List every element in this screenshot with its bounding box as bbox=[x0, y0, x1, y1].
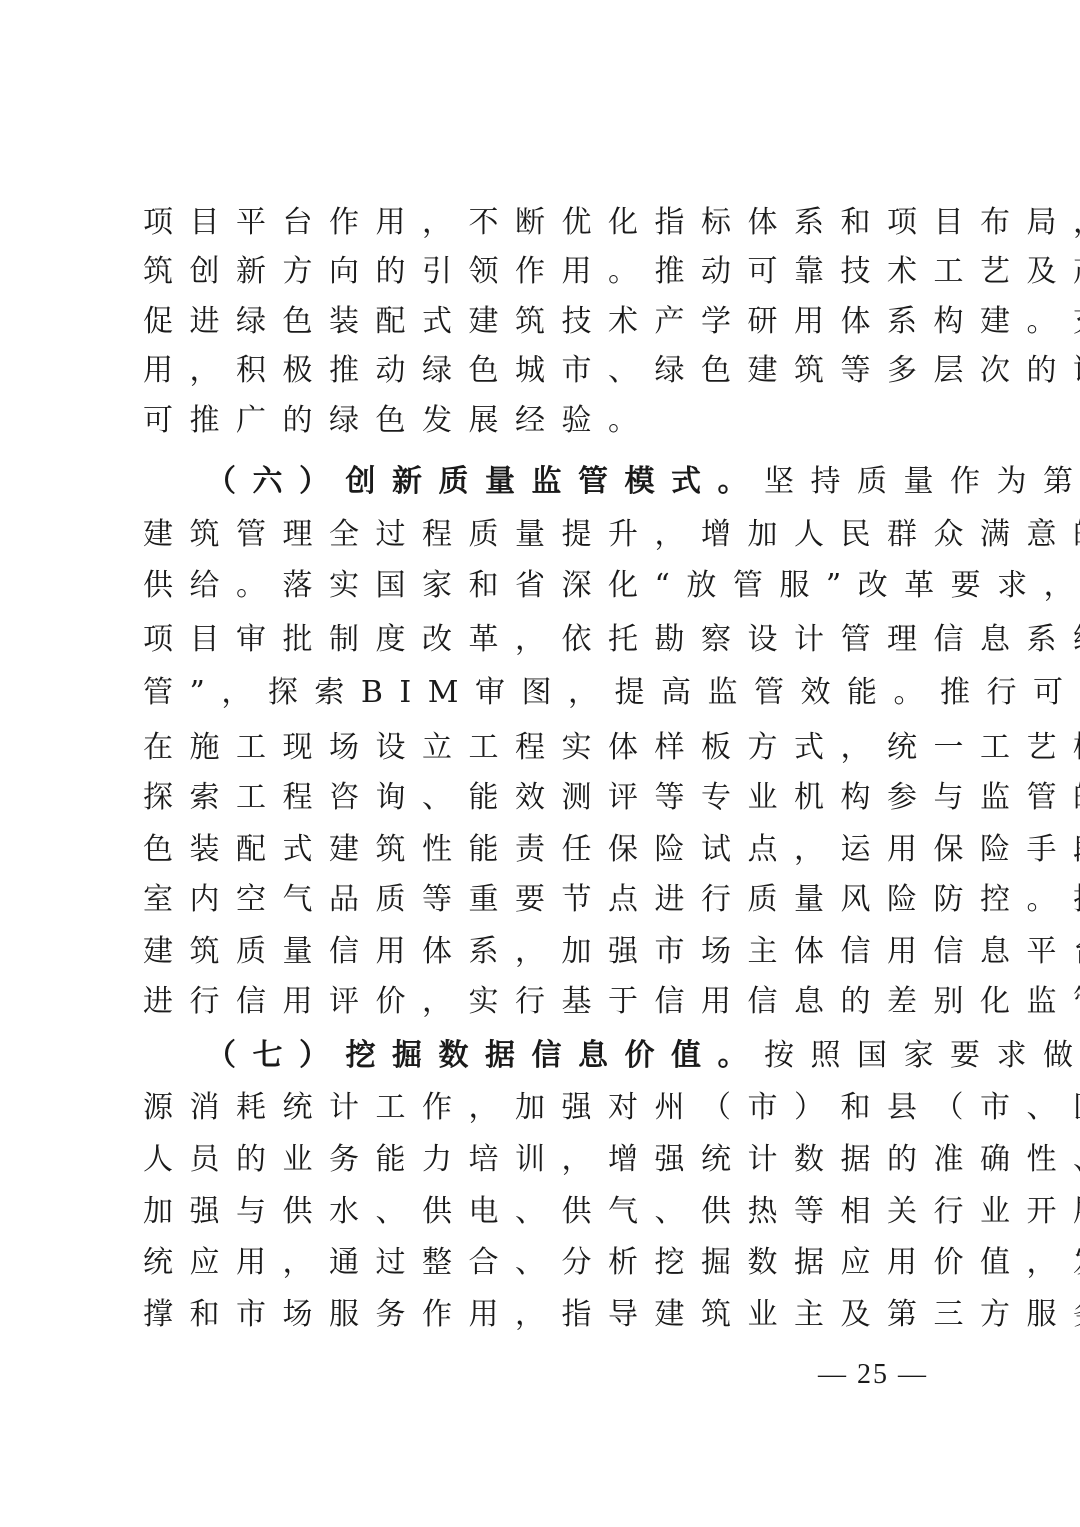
text-line: 促进绿色装配式建筑技术产学研用体系构建。充分发挥示范引领作 bbox=[143, 302, 953, 342]
section-7-text: 按照国家要求做好民用建筑能源资 bbox=[764, 1038, 1080, 1073]
text-line: 建筑质量信用体系，加强市场主体信用信息平台建设，对市场主体 bbox=[143, 932, 953, 972]
text-line: 供给。落实国家和省深化“放管服”改革要求，深入推进工程建设 bbox=[143, 566, 953, 606]
text-line: 室内空气品质等重要节点进行质量风险防控。推动建立绿色装配式 bbox=[143, 880, 953, 920]
text-line: 筑创新方向的引领作用。推动可靠技术工艺及产品设备的集成应用， bbox=[143, 252, 953, 292]
text-line: 用，积极推动绿色城市、绿色建筑等多层次的试点，形成可复制、 bbox=[143, 351, 953, 391]
text-line: 在施工现场设立工程实体样板方式，统一工艺标准，规范施工行为。 bbox=[143, 728, 953, 768]
section-6-heading: （六）创新质量监管模式。 bbox=[206, 464, 764, 499]
document-page: 项目平台作用，不断优化指标体系和项目布局，充分发挥对绿色建 筑创新方向的引领作用… bbox=[0, 0, 1080, 1527]
text-line: 探索工程咨询、能效测评等专业机构参与监管的制度设计。开展绿 bbox=[143, 778, 953, 818]
text-line: 色装配式建筑性能责任保险试点，运用保险手段对建筑绿色性能、 bbox=[143, 830, 953, 870]
text-line: 统应用，通过整合、分析挖掘数据应用价值，发挥统计数据决策支 bbox=[143, 1243, 953, 1283]
section-7-first-line: （七）挖掘数据信息价值。按照国家要求做好民用建筑能源资 bbox=[206, 1036, 1016, 1076]
text-line: 加强与供水、供电、供气、供热等相关行业开展数据信息共享和系 bbox=[143, 1192, 953, 1232]
text-line: 源消耗统计工作，加强对州（市）和县（市、区）特别是基层填报 bbox=[143, 1088, 953, 1128]
section-7-heading: （七）挖掘数据信息价值。 bbox=[206, 1038, 764, 1073]
text-line: 建筑管理全过程质量提升，增加人民群众满意的产品、工程及服务 bbox=[143, 515, 953, 555]
section-6-first-line: （六）创新质量监管模式。坚持质量作为第一发展导向，推动 bbox=[206, 462, 1016, 502]
text-line: 管”，探索BIM审图，提高监管效能。推行可视化技术交底，通过 bbox=[143, 673, 953, 713]
text-line: 项目审批制度改革，依托勘察设计管理信息系统，实施“互联网+监 bbox=[143, 620, 953, 660]
text-line: 撑和市场服务作用，指导建筑业主及第三方服务机构对建筑用能系 bbox=[143, 1295, 953, 1335]
text-line: 可推广的绿色发展经验。 bbox=[143, 401, 953, 441]
text-line: 人员的业务能力培训，增强统计数据的准确性、适用性和可靠性。 bbox=[143, 1140, 953, 1180]
text-line: 项目平台作用，不断优化指标体系和项目布局，充分发挥对绿色建 bbox=[143, 203, 953, 243]
text-line: 进行信用评价，实行基于信用信息的差别化监管方式。 bbox=[143, 982, 953, 1022]
page-number: — 25 — bbox=[818, 1358, 928, 1392]
section-6-text: 坚持质量作为第一发展导向，推动 bbox=[764, 464, 1080, 499]
